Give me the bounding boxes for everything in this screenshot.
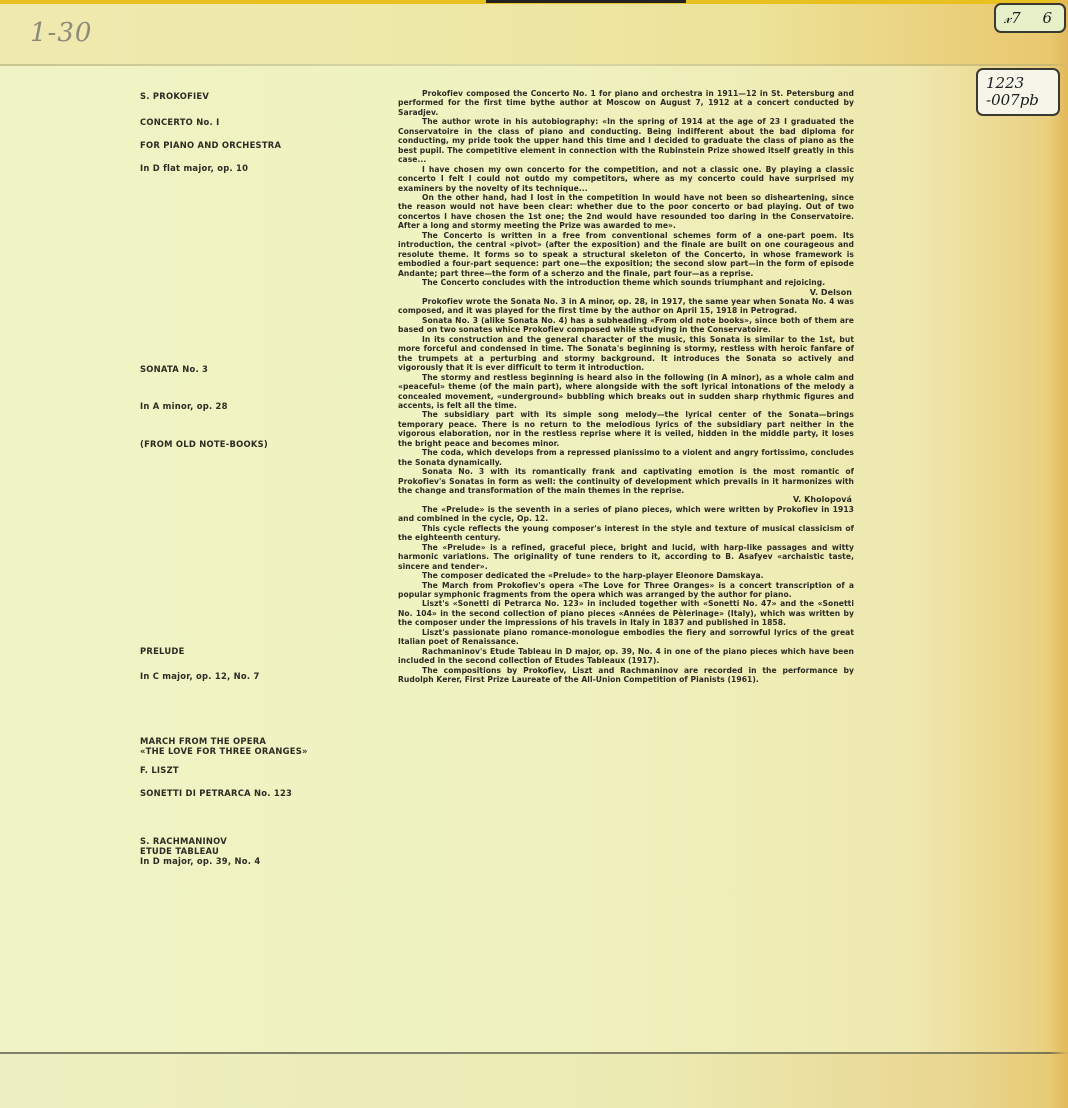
paragraph: The compositions by Prokofiev, Liszt and…	[398, 666, 854, 685]
paragraph: Sonata No. 3 with its romantically frank…	[398, 467, 854, 495]
work-title: PRELUDE	[140, 646, 185, 656]
paragraph: The Concerto is written in a free from c…	[398, 231, 854, 278]
composer-heading: S. PROKOFIEV	[140, 91, 209, 101]
catalog-tag-top: 𝓍7 6	[994, 3, 1066, 33]
paragraph: The composer dedicated the «Prelude» to …	[398, 571, 854, 580]
paragraph: The «Prelude» is a refined, graceful pie…	[398, 543, 854, 571]
work-title: MARCH FROM THE OPERA	[140, 736, 266, 746]
paragraph: The Concerto concludes with the introduc…	[398, 278, 854, 287]
paragraph: In its construction and the general char…	[398, 335, 854, 373]
paragraph: Rachmaninov's Etude Tableau in D major, …	[398, 647, 854, 666]
composer-heading: S. RACHMANINOV	[140, 836, 227, 846]
paragraph: The stormy and restless beginning is hea…	[398, 373, 854, 411]
work-title: SONETTI DI PETRARCA No. 123	[140, 788, 292, 798]
top-flap	[0, 0, 1068, 66]
paragraph: The coda, which develops from a represse…	[398, 448, 854, 467]
bottom-flap	[0, 1054, 1068, 1108]
paragraph: On the other hand, had I lost in the com…	[398, 193, 854, 231]
right-edge-shadow	[1050, 0, 1068, 1108]
catalog-tag-bottom: 1223 -007pb	[976, 68, 1060, 116]
work-title: ETUDE TABLEAU	[140, 846, 219, 856]
tag-bottom-line1: 1223	[986, 75, 1058, 92]
work-key: In D flat major, op. 10	[140, 163, 248, 173]
work-key: In A minor, op. 28	[140, 401, 228, 411]
fold-line-bottom	[0, 1052, 1068, 1054]
tag-top-right: 6	[1042, 5, 1052, 31]
liner-notes: Prokofiev composed the Concerto No. 1 fo…	[398, 89, 854, 685]
paragraph: The March from Prokofiev's opera «The Lo…	[398, 581, 854, 600]
work-title: «THE LOVE FOR THREE ORANGES»	[140, 746, 308, 756]
work-subtitle: FOR PIANO AND ORCHESTRA	[140, 140, 281, 150]
pencil-note: 1-30	[30, 18, 92, 48]
paragraph: Prokofiev composed the Concerto No. 1 fo…	[398, 89, 854, 117]
work-title: SONATA No. 3	[140, 364, 208, 374]
paragraph: I have chosen my own concerto for the co…	[398, 165, 854, 193]
paragraph: Prokofiev wrote the Sonata No. 3 in A mi…	[398, 297, 854, 316]
composer-heading: F. LISZT	[140, 765, 179, 775]
work-title: CONCERTO No. I	[140, 117, 219, 127]
top-sticker-edge	[486, 0, 686, 3]
author-signature: V. Delson	[398, 288, 854, 297]
fold-line-top	[0, 64, 1068, 66]
author-signature: V. Kholopová	[398, 495, 854, 504]
work-subtitle: (FROM OLD NOTE-BOOKS)	[140, 439, 268, 449]
work-key: In C major, op. 12, No. 7	[140, 671, 260, 681]
tag-bottom-line2: -007pb	[986, 92, 1058, 109]
tag-top-left: 𝓍7	[1004, 5, 1021, 31]
paragraph: Sonata No. 3 (alike Sonata No. 4) has a …	[398, 316, 854, 335]
paragraph: This cycle reflects the young composer's…	[398, 524, 854, 543]
paragraph: The author wrote in his autobiography: «…	[398, 117, 854, 164]
paragraph: Liszt's passionate piano romance-monolog…	[398, 628, 854, 647]
paragraph: Liszt's «Sonetti di Petrarca No. 123» in…	[398, 599, 854, 627]
paragraph: The subsidiary part with its simple song…	[398, 410, 854, 448]
work-key: In D major, op. 39, No. 4	[140, 856, 260, 866]
paragraph: The «Prelude» is the seventh in a series…	[398, 505, 854, 524]
